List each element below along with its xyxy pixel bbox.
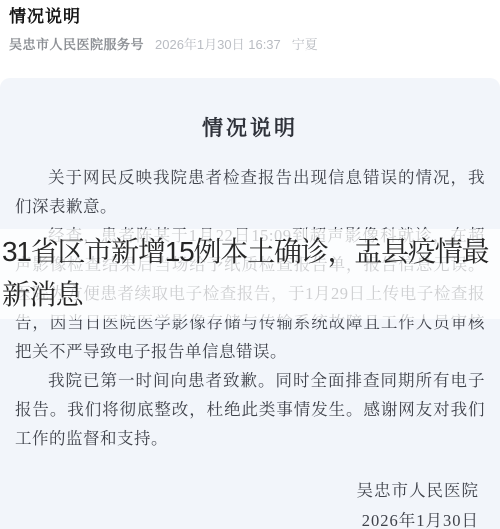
article-meta: 吴忠市人民医院服务号 2026年1月30日 16:37 宁夏: [0, 34, 500, 53]
statement-paragraph-1: 关于网民反映我院患者检查报告出现信息错误的情况，我们深表歉意。: [15, 163, 485, 221]
statement-title: 情况说明: [15, 116, 485, 141]
statement-signature: 吴忠市人民医院 2026年1月30日: [15, 476, 485, 529]
article-title: 情况说明: [0, 0, 500, 28]
signature-date: 2026年1月30日: [15, 506, 479, 529]
account-name[interactable]: 吴忠市人民医院服务号: [9, 34, 144, 53]
publish-region: 宁夏: [292, 34, 318, 53]
publish-datetime: 2026年1月30日 16:37: [155, 34, 281, 53]
statement-paragraph-3: 我院已第一时间向患者致歉。同时全面排查同期所有电子报告。我们将彻底整改，杜绝此类…: [15, 366, 485, 453]
overlay-headline: 31省区市新增15例本土确诊，盂县疫情最新消息: [0, 229, 500, 319]
article-page: 情况说明 吴忠市人民医院服务号 2026年1月30日 16:37 宁夏 情况说明…: [0, 0, 500, 53]
signature-name: 吴忠市人民医院: [15, 476, 479, 506]
